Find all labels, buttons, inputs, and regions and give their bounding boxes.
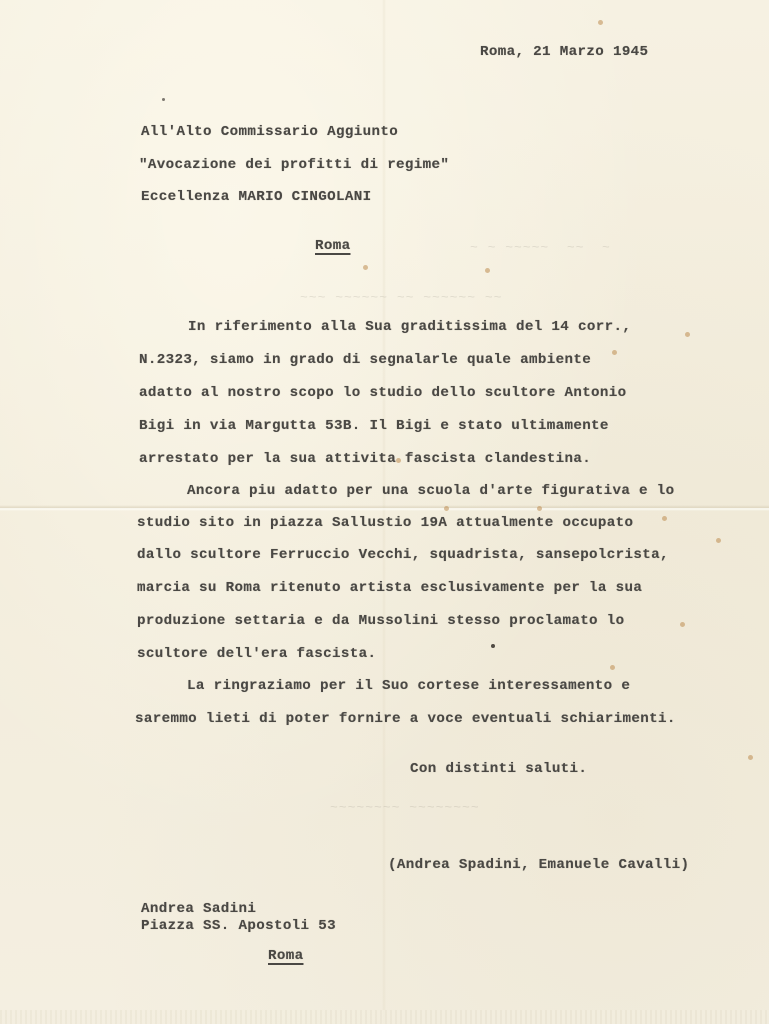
body-line: La ringraziamo per il Suo cortese intere… (187, 678, 630, 694)
body-line: Ancora piu adatto per una scuola d'arte … (187, 483, 675, 499)
paper-edge (0, 1010, 769, 1024)
paper-stain (685, 332, 690, 337)
body-line: scultore dell'era fascista. (137, 646, 376, 662)
paper-stain (716, 538, 721, 543)
ink-dot (491, 644, 495, 648)
body-line: marcia su Roma ritenuto artista esclusiv… (137, 580, 642, 596)
signatories: (Andrea Spadini, Emanuele Cavalli) (388, 857, 689, 873)
paper-stain (748, 755, 753, 760)
sender-address: Piazza SS. Apostoli 53 (141, 918, 336, 934)
body-line: produzione settaria e da Mussolini stess… (137, 613, 625, 629)
paper-stain (444, 506, 449, 511)
body-line: N.2323, siamo in grado di segnalarle qua… (139, 352, 591, 368)
paper-stain (598, 20, 603, 25)
body-line: arrestato per la sua attivita fascista c… (139, 451, 591, 467)
recipient-name: Eccellenza MARIO CINGOLANI (141, 189, 371, 205)
paper-stain (537, 506, 542, 511)
paper-stain (662, 516, 667, 521)
body-line: dallo scultore Ferruccio Vecchi, squadri… (137, 547, 669, 563)
letter-page: ~ ~ ~~~~~ ~~ ~ ~~~ ~~~~~~ ~~ ~~~~~~ ~~ ~… (0, 0, 769, 1024)
paper-fold-horizontal (0, 505, 769, 511)
show-through-text: ~~~ ~~~~~~ ~~ ~~~~~~ ~~ (300, 290, 502, 305)
body-line: In riferimento alla Sua graditissima del… (188, 319, 631, 335)
paper-stain (612, 350, 617, 355)
paper-stain (610, 665, 615, 670)
body-line: Bigi in via Margutta 53B. Il Bigi e stat… (139, 418, 609, 434)
recipient-city: Roma (315, 238, 350, 254)
paper-fold-vertical (382, 0, 386, 1024)
body-line: studio sito in piazza Sallustio 19A attu… (137, 515, 633, 531)
body-line: saremmo lieti di poter fornire a voce ev… (135, 711, 676, 727)
show-through-text: ~ ~ ~~~~~ ~~ ~ (470, 240, 611, 255)
sender-name: Andrea Sadini (141, 901, 256, 917)
paper-stain (485, 268, 490, 273)
recipient-office: "Avocazione dei profitti di regime" (139, 157, 449, 173)
ink-dot (162, 98, 165, 101)
paper-stain (363, 265, 368, 270)
show-through-text: ~~~~~~~~ ~~~~~~~~ (330, 800, 480, 815)
date-line: Roma, 21 Marzo 1945 (480, 44, 648, 60)
sender-city: Roma (268, 948, 303, 964)
closing: Con distinti saluti. (410, 761, 587, 777)
paper-stain (680, 622, 685, 627)
body-line: adatto al nostro scopo lo studio dello s… (139, 385, 627, 401)
recipient-title: All'Alto Commissario Aggiunto (141, 124, 398, 140)
